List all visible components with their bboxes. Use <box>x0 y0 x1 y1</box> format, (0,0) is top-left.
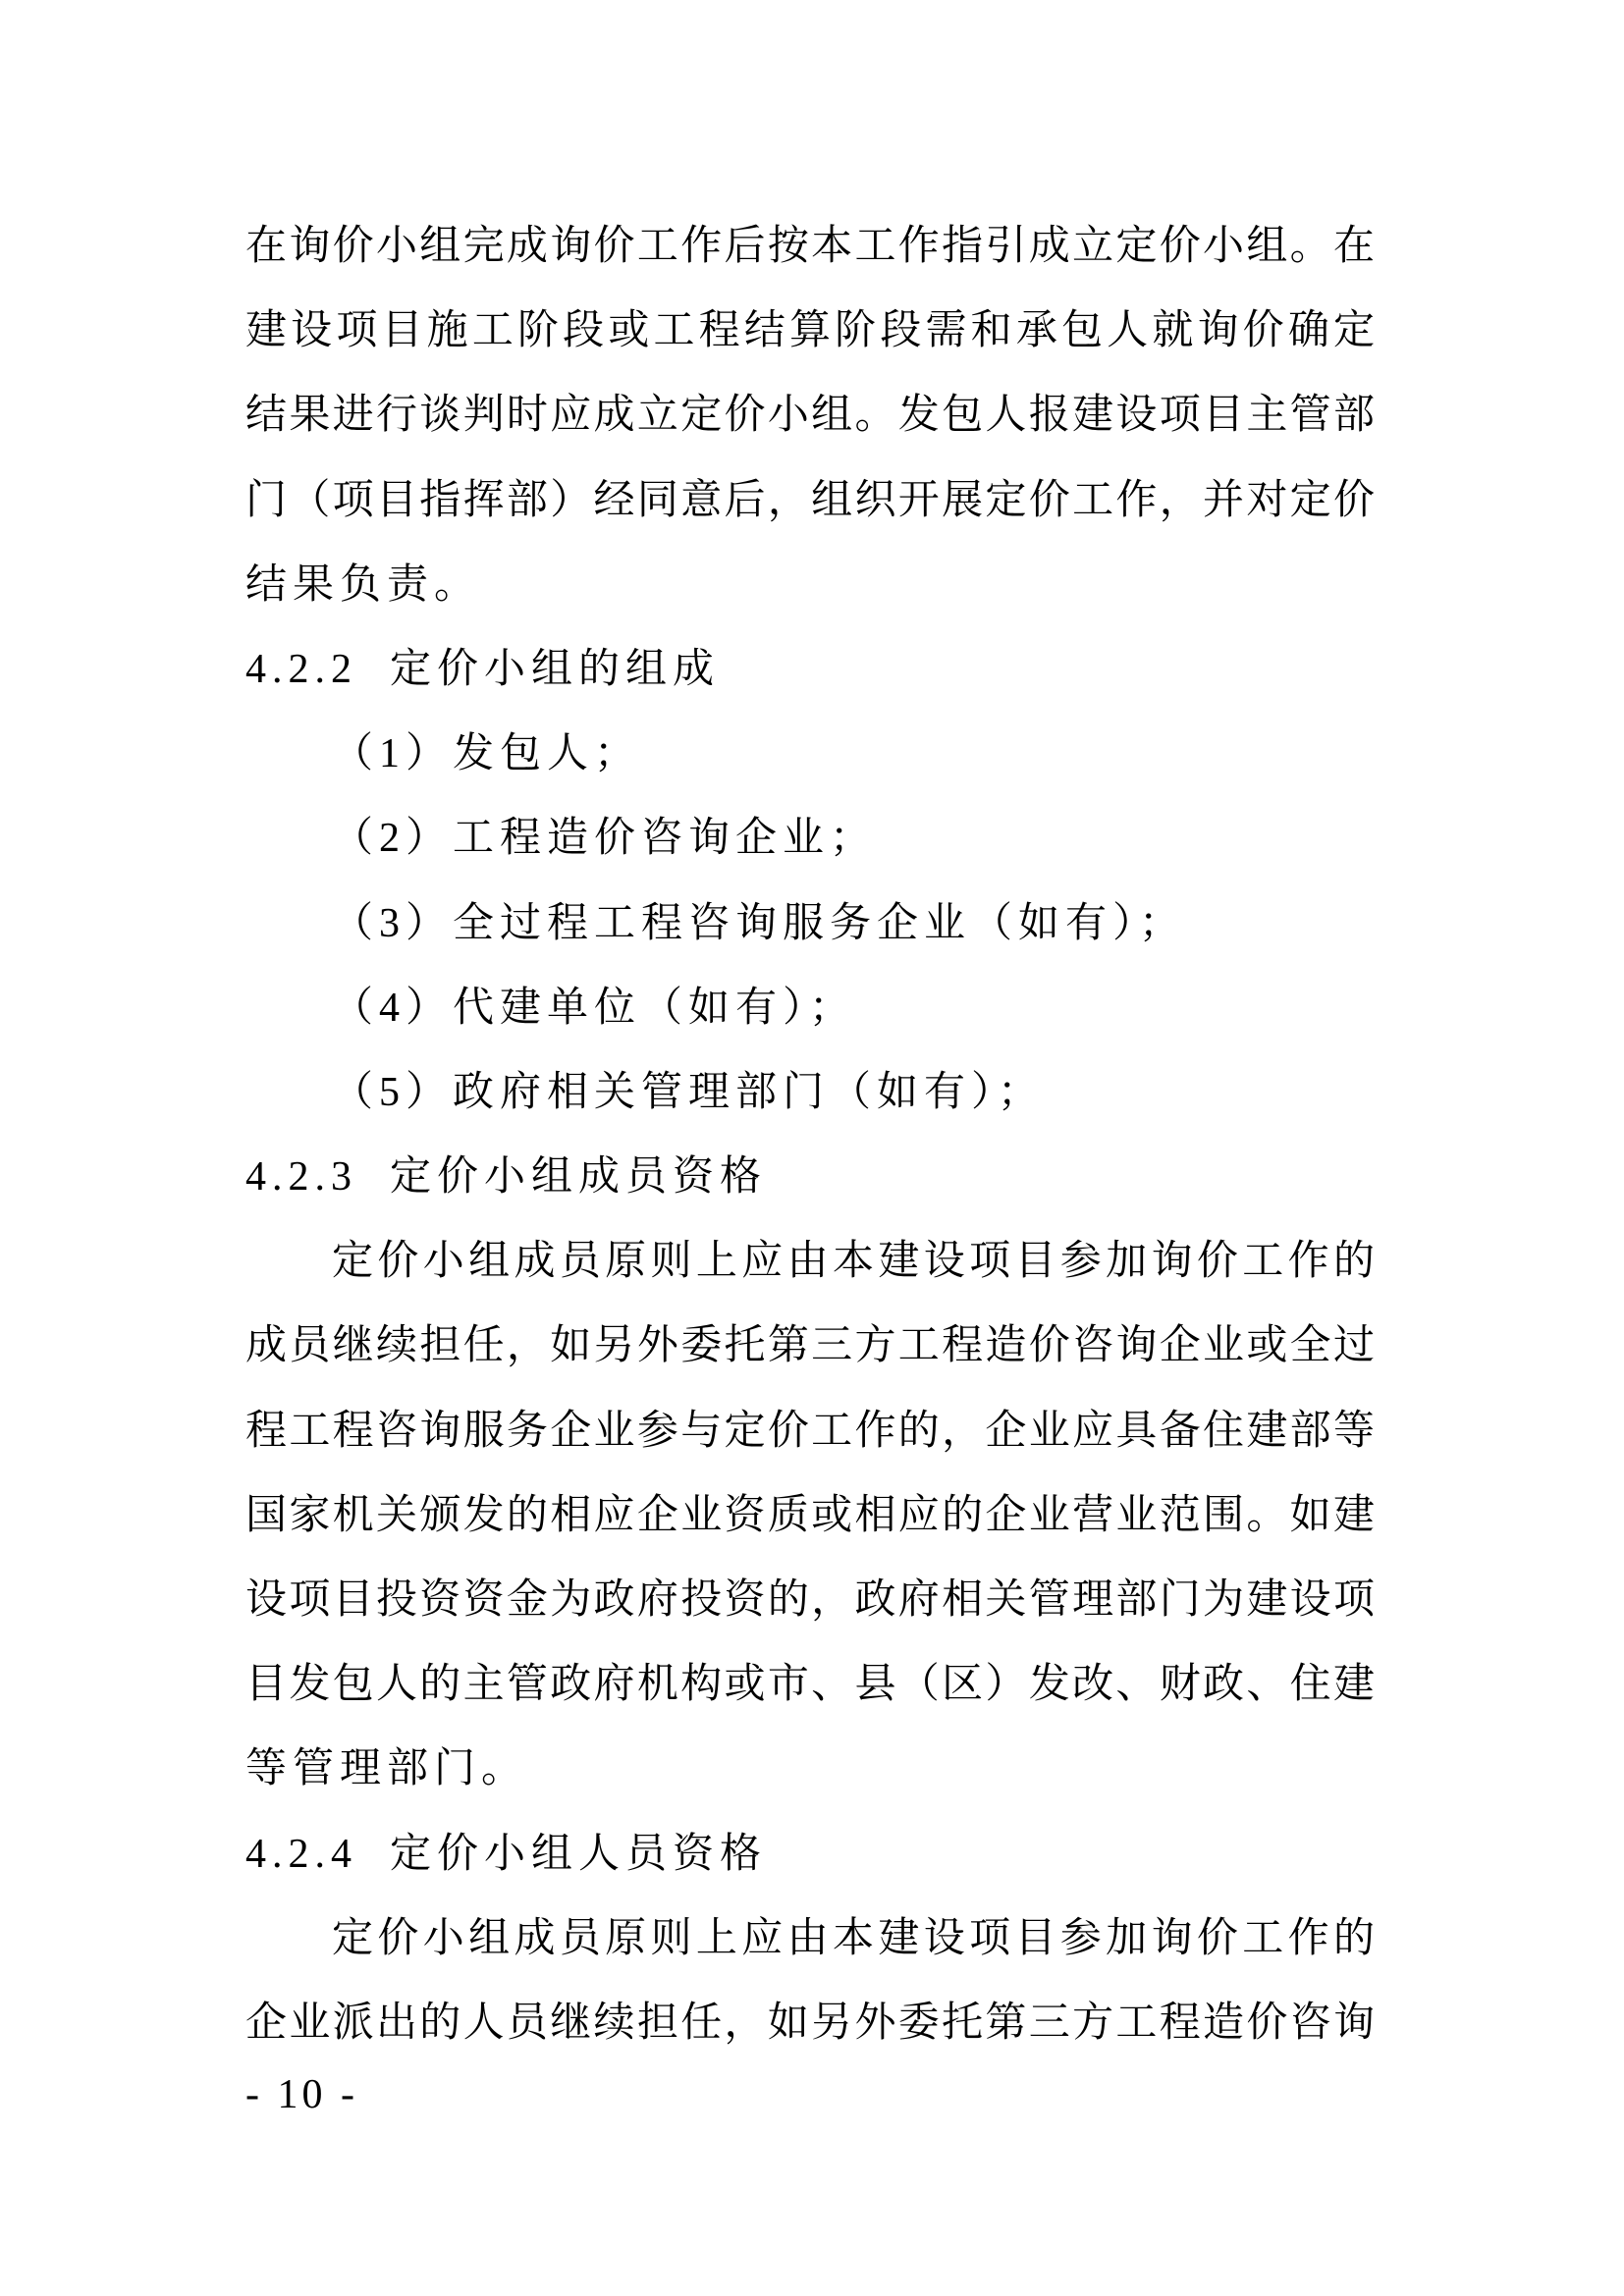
document-page: 在询价小组完成询价工作后按本工作指引成立定价小组。在 建设项目施工阶段或工程结算… <box>0 0 1624 2296</box>
list-item: （3）全过程工程咨询服务企业（如有）； <box>245 881 1377 966</box>
text-line: 门（项目指挥部）经同意后，组织开展定价工作，并对定价 <box>245 458 1377 543</box>
page-number: - 10 - <box>245 2065 358 2124</box>
text-line: 设项目投资资金为政府投资的，政府相关管理部门为建设项 <box>245 1558 1377 1642</box>
text-line: 结果负责。 <box>245 543 1377 627</box>
text-line: 定价小组成员原则上应由本建设项目参加询价工作的 <box>245 1219 1377 1304</box>
text-line: 在询价小组完成询价工作后按本工作指引成立定价小组。在 <box>245 204 1377 289</box>
text-line: 目发包人的主管政府机构或市、县（区）发改、财政、住建 <box>245 1642 1377 1727</box>
text-line: 建设项目施工阶段或工程结算阶段需和承包人就询价确定 <box>245 289 1377 373</box>
text-line: 国家机关颁发的相应企业资质或相应的企业营业范围。如建 <box>245 1473 1377 1558</box>
text-block: 在询价小组完成询价工作后按本工作指引成立定价小组。在 建设项目施工阶段或工程结算… <box>245 204 1377 2065</box>
list-item: （1）发包人； <box>245 712 1377 796</box>
list-item: （4）代建单位（如有）； <box>245 966 1377 1050</box>
text-line: 企业派出的人员继续担任，如另外委托第三方工程造价咨询 <box>245 1981 1377 2065</box>
list-item: （5）政府相关管理部门（如有）； <box>245 1050 1377 1135</box>
text-line: 定价小组成员原则上应由本建设项目参加询价工作的 <box>245 1896 1377 1981</box>
section-heading: 4.2.3 定价小组成员资格 <box>245 1135 1377 1219</box>
text-line: 等管理部门。 <box>245 1727 1377 1811</box>
section-heading: 4.2.2 定价小组的组成 <box>245 627 1377 712</box>
text-line: 成员继续担任，如另外委托第三方工程造价咨询企业或全过 <box>245 1304 1377 1388</box>
text-line: 结果进行谈判时应成立定价小组。发包人报建设项目主管部 <box>245 373 1377 457</box>
text-line: 程工程咨询服务企业参与定价工作的，企业应具备住建部等 <box>245 1389 1377 1473</box>
section-heading: 4.2.4 定价小组人员资格 <box>245 1812 1377 1896</box>
list-item: （2）工程造价咨询企业； <box>245 796 1377 881</box>
